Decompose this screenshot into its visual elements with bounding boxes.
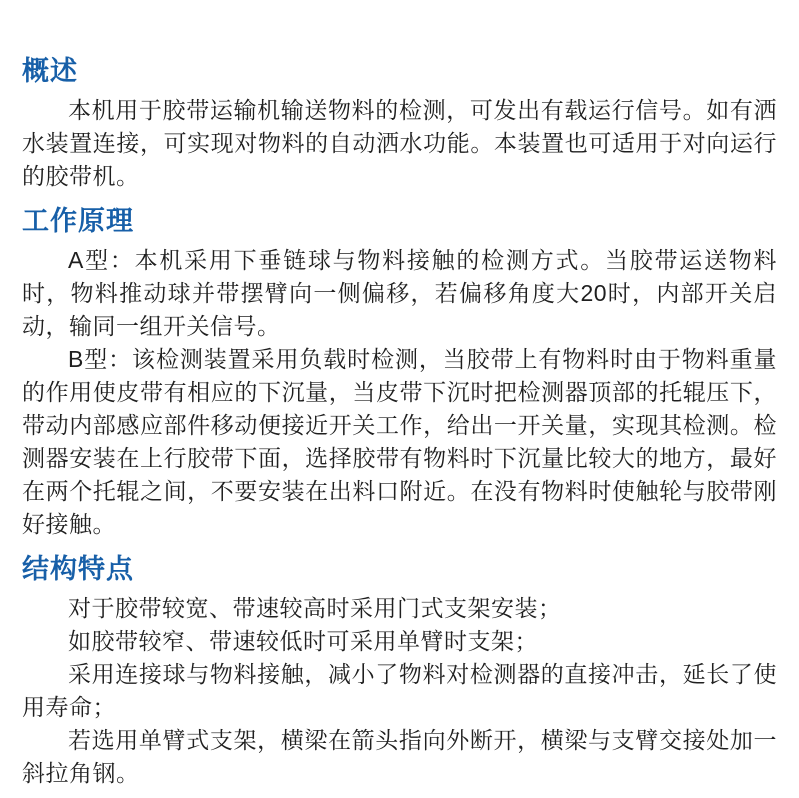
working-principle-paragraph-type-b: B型：该检测装置采用负载时检测，当胶带上有物料时由于物料重量的作用使皮带有相应的… (22, 343, 777, 541)
structure-feature-item-3: 采用连接球与物料接触，减小了物料对检测器的直接冲击，延长了使用寿命； (22, 658, 777, 724)
overview-heading: 概述 (22, 55, 777, 88)
section-structure-features: 结构特点 对于胶带较宽、带速较高时采用门式支架安装； 如胶带较窄、带速较低时可采… (22, 553, 777, 790)
structure-features-heading: 结构特点 (22, 553, 777, 586)
section-working-principle: 工作原理 A型：本机采用下垂链球与物料接触的检测方式。当胶带运送物料时，物料推动… (22, 205, 777, 541)
structure-feature-item-2: 如胶带较窄、带速较低时可采用单臂时支架； (22, 625, 777, 658)
overview-paragraph: 本机用于胶带运输机输送物料的检测，可发出有载运行信号。如有洒水装置连接，可实现对… (22, 94, 777, 193)
section-overview: 概述 本机用于胶带运输机输送物料的检测，可发出有载运行信号。如有洒水装置连接，可… (22, 55, 777, 193)
working-principle-paragraph-type-a: A型：本机采用下垂链球与物料接触的检测方式。当胶带运送物料时，物料推动球并带摆臂… (22, 244, 777, 343)
working-principle-heading: 工作原理 (22, 205, 777, 238)
structure-feature-item-1: 对于胶带较宽、带速较高时采用门式支架安装； (22, 592, 777, 625)
document-page: 概述 本机用于胶带运输机输送物料的检测，可发出有载运行信号。如有洒水装置连接，可… (0, 0, 799, 798)
structure-feature-item-4: 若选用单臂式支架，横梁在箭头指向外断开，横梁与支臂交接处加一斜拉角钢。 (22, 724, 777, 790)
